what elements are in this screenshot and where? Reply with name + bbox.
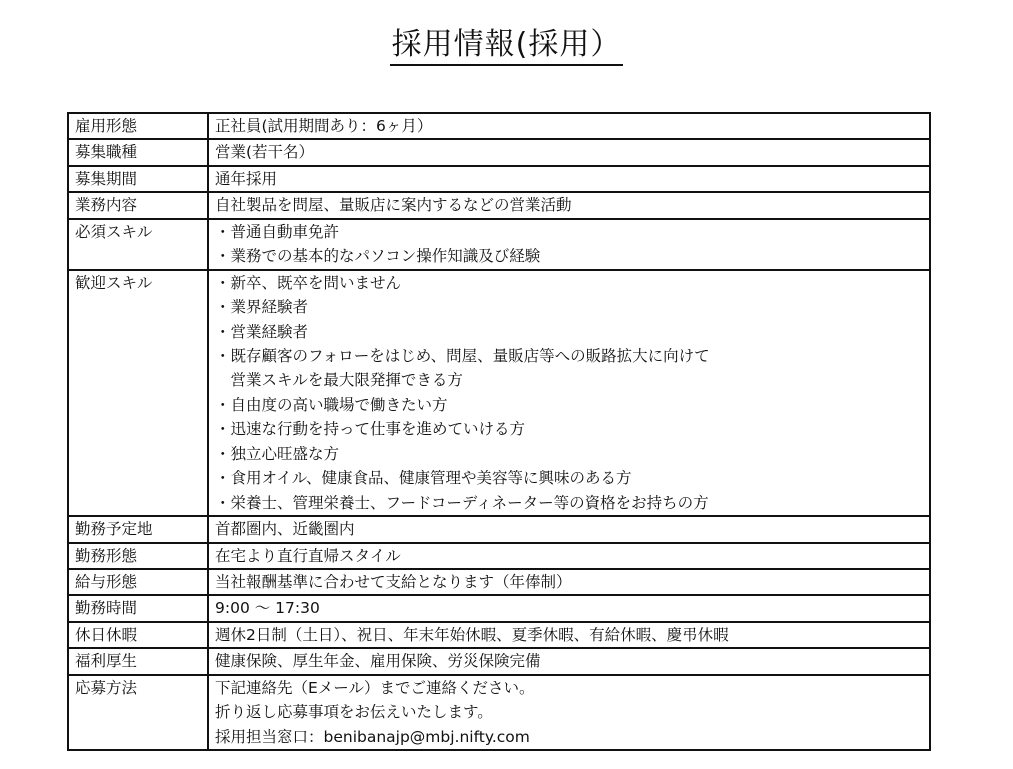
- row-label: 募集職種: [68, 139, 208, 165]
- row-label: 募集期間: [68, 166, 208, 192]
- value-line: ・営業経験者: [215, 320, 929, 344]
- value-line: ・既存顧客のフォローをはじめ、問屋、量販店等への販路拡大に向けて: [215, 344, 929, 368]
- value-line: 9:00 ～ 17:30: [215, 596, 929, 620]
- row-value: 通年採用: [208, 166, 930, 192]
- value-line: ・食用オイル、健康食品、健康管理や美容等に興味のある方: [215, 466, 929, 490]
- table-row: 業務内容 自社製品を問屋、量販店に案内するなどの営業活動: [68, 192, 930, 218]
- table-row: 必須スキル ・普通自動車免許 ・業務での基本的なパソコン操作知識及び経験: [68, 219, 930, 270]
- page-title: 採用情報(採用）: [390, 27, 624, 66]
- row-value: 在宅より直行直帰スタイル: [208, 543, 930, 569]
- value-line: 営業スキルを最大限発揮できる方: [215, 368, 929, 392]
- row-value: 首都圏内、近畿圏内: [208, 516, 930, 542]
- row-value: 健康保険、厚生年金、雇用保険、労災保険完備: [208, 648, 930, 674]
- row-label: 業務内容: [68, 192, 208, 218]
- table-row: 給与形態 当社報酬基準に合わせて支給となります（年俸制）: [68, 569, 930, 595]
- value-line: 営業(若干名）: [215, 140, 929, 164]
- row-label: 勤務形態: [68, 543, 208, 569]
- row-value: 自社製品を問屋、量販店に案内するなどの営業活動: [208, 192, 930, 218]
- value-line: ・自由度の高い職場で働きたい方: [215, 393, 929, 417]
- table-row: 福利厚生 健康保険、厚生年金、雇用保険、労災保険完備: [68, 648, 930, 674]
- value-line: 正社員(試用期間あり：6ヶ月）: [215, 114, 929, 138]
- row-label: 応募方法: [68, 675, 208, 750]
- page-title-wrap: 採用情報(採用）: [0, 26, 1013, 64]
- value-line: 折り返し応募事項をお伝えいたします。: [215, 700, 929, 724]
- row-label: 福利厚生: [68, 648, 208, 674]
- row-value: ・新卒、既卒を問いません ・業界経験者 ・営業経験者 ・既存顧客のフォローをはじ…: [208, 270, 930, 516]
- table-row: 歓迎スキル ・新卒、既卒を問いません ・業界経験者 ・営業経験者 ・既存顧客のフ…: [68, 270, 930, 516]
- recruitment-info-table: 雇用形態 正社員(試用期間あり：6ヶ月） 募集職種 営業(若干名） 募集期間 通…: [67, 112, 931, 751]
- table-row: 応募方法 下記連絡先（Eメール）までご連絡ください。 折り返し応募事項をお伝えい…: [68, 675, 930, 750]
- value-line: 当社報酬基準に合わせて支給となります（年俸制）: [215, 570, 929, 594]
- row-value: 9:00 ～ 17:30: [208, 595, 930, 621]
- table-row: 雇用形態 正社員(試用期間あり：6ヶ月）: [68, 113, 930, 139]
- row-label: 勤務時間: [68, 595, 208, 621]
- value-line: ・栄養士、管理栄養士、フードコーディネーター等の資格をお持ちの方: [215, 491, 929, 515]
- row-label: 歓迎スキル: [68, 270, 208, 516]
- value-line: 下記連絡先（Eメール）までご連絡ください。: [215, 676, 929, 700]
- value-line: 健康保険、厚生年金、雇用保険、労災保険完備: [215, 649, 929, 673]
- table-row: 勤務時間 9:00 ～ 17:30: [68, 595, 930, 621]
- row-label: 雇用形態: [68, 113, 208, 139]
- value-line: ・業務での基本的なパソコン操作知識及び経験: [215, 244, 929, 268]
- row-label: 必須スキル: [68, 219, 208, 270]
- value-line: ・新卒、既卒を問いません: [215, 271, 929, 295]
- row-label: 給与形態: [68, 569, 208, 595]
- table-row: 募集期間 通年採用: [68, 166, 930, 192]
- row-label: 勤務予定地: [68, 516, 208, 542]
- table-row: 勤務形態 在宅より直行直帰スタイル: [68, 543, 930, 569]
- row-value: ・普通自動車免許 ・業務での基本的なパソコン操作知識及び経験: [208, 219, 930, 270]
- table-row: 募集職種 営業(若干名）: [68, 139, 930, 165]
- value-line: 首都圏内、近畿圏内: [215, 517, 929, 541]
- value-line: ・業界経験者: [215, 295, 929, 319]
- row-value: 当社報酬基準に合わせて支給となります（年俸制）: [208, 569, 930, 595]
- table-row: 勤務予定地 首都圏内、近畿圏内: [68, 516, 930, 542]
- row-label: 休日休暇: [68, 622, 208, 648]
- row-value: 正社員(試用期間あり：6ヶ月）: [208, 113, 930, 139]
- contact-email-line: 採用担当窓口：benibanajp@mbj.nifty.com: [215, 725, 929, 749]
- value-line: ・独立心旺盛な方: [215, 442, 929, 466]
- value-line: 週休2日制（土日）、祝日、年末年始休暇、夏季休暇、有給休暇、慶弔休暇: [215, 623, 929, 647]
- value-line: ・普通自動車免許: [215, 220, 929, 244]
- row-value: 週休2日制（土日）、祝日、年末年始休暇、夏季休暇、有給休暇、慶弔休暇: [208, 622, 930, 648]
- value-line: ・迅速な行動を持って仕事を進めていける方: [215, 417, 929, 441]
- value-line: 自社製品を問屋、量販店に案内するなどの営業活動: [215, 193, 929, 217]
- table-row: 休日休暇 週休2日制（土日）、祝日、年末年始休暇、夏季休暇、有給休暇、慶弔休暇: [68, 622, 930, 648]
- row-value: 下記連絡先（Eメール）までご連絡ください。 折り返し応募事項をお伝えいたします。…: [208, 675, 930, 750]
- value-line: 在宅より直行直帰スタイル: [215, 544, 929, 568]
- row-value: 営業(若干名）: [208, 139, 930, 165]
- value-line: 通年採用: [215, 167, 929, 191]
